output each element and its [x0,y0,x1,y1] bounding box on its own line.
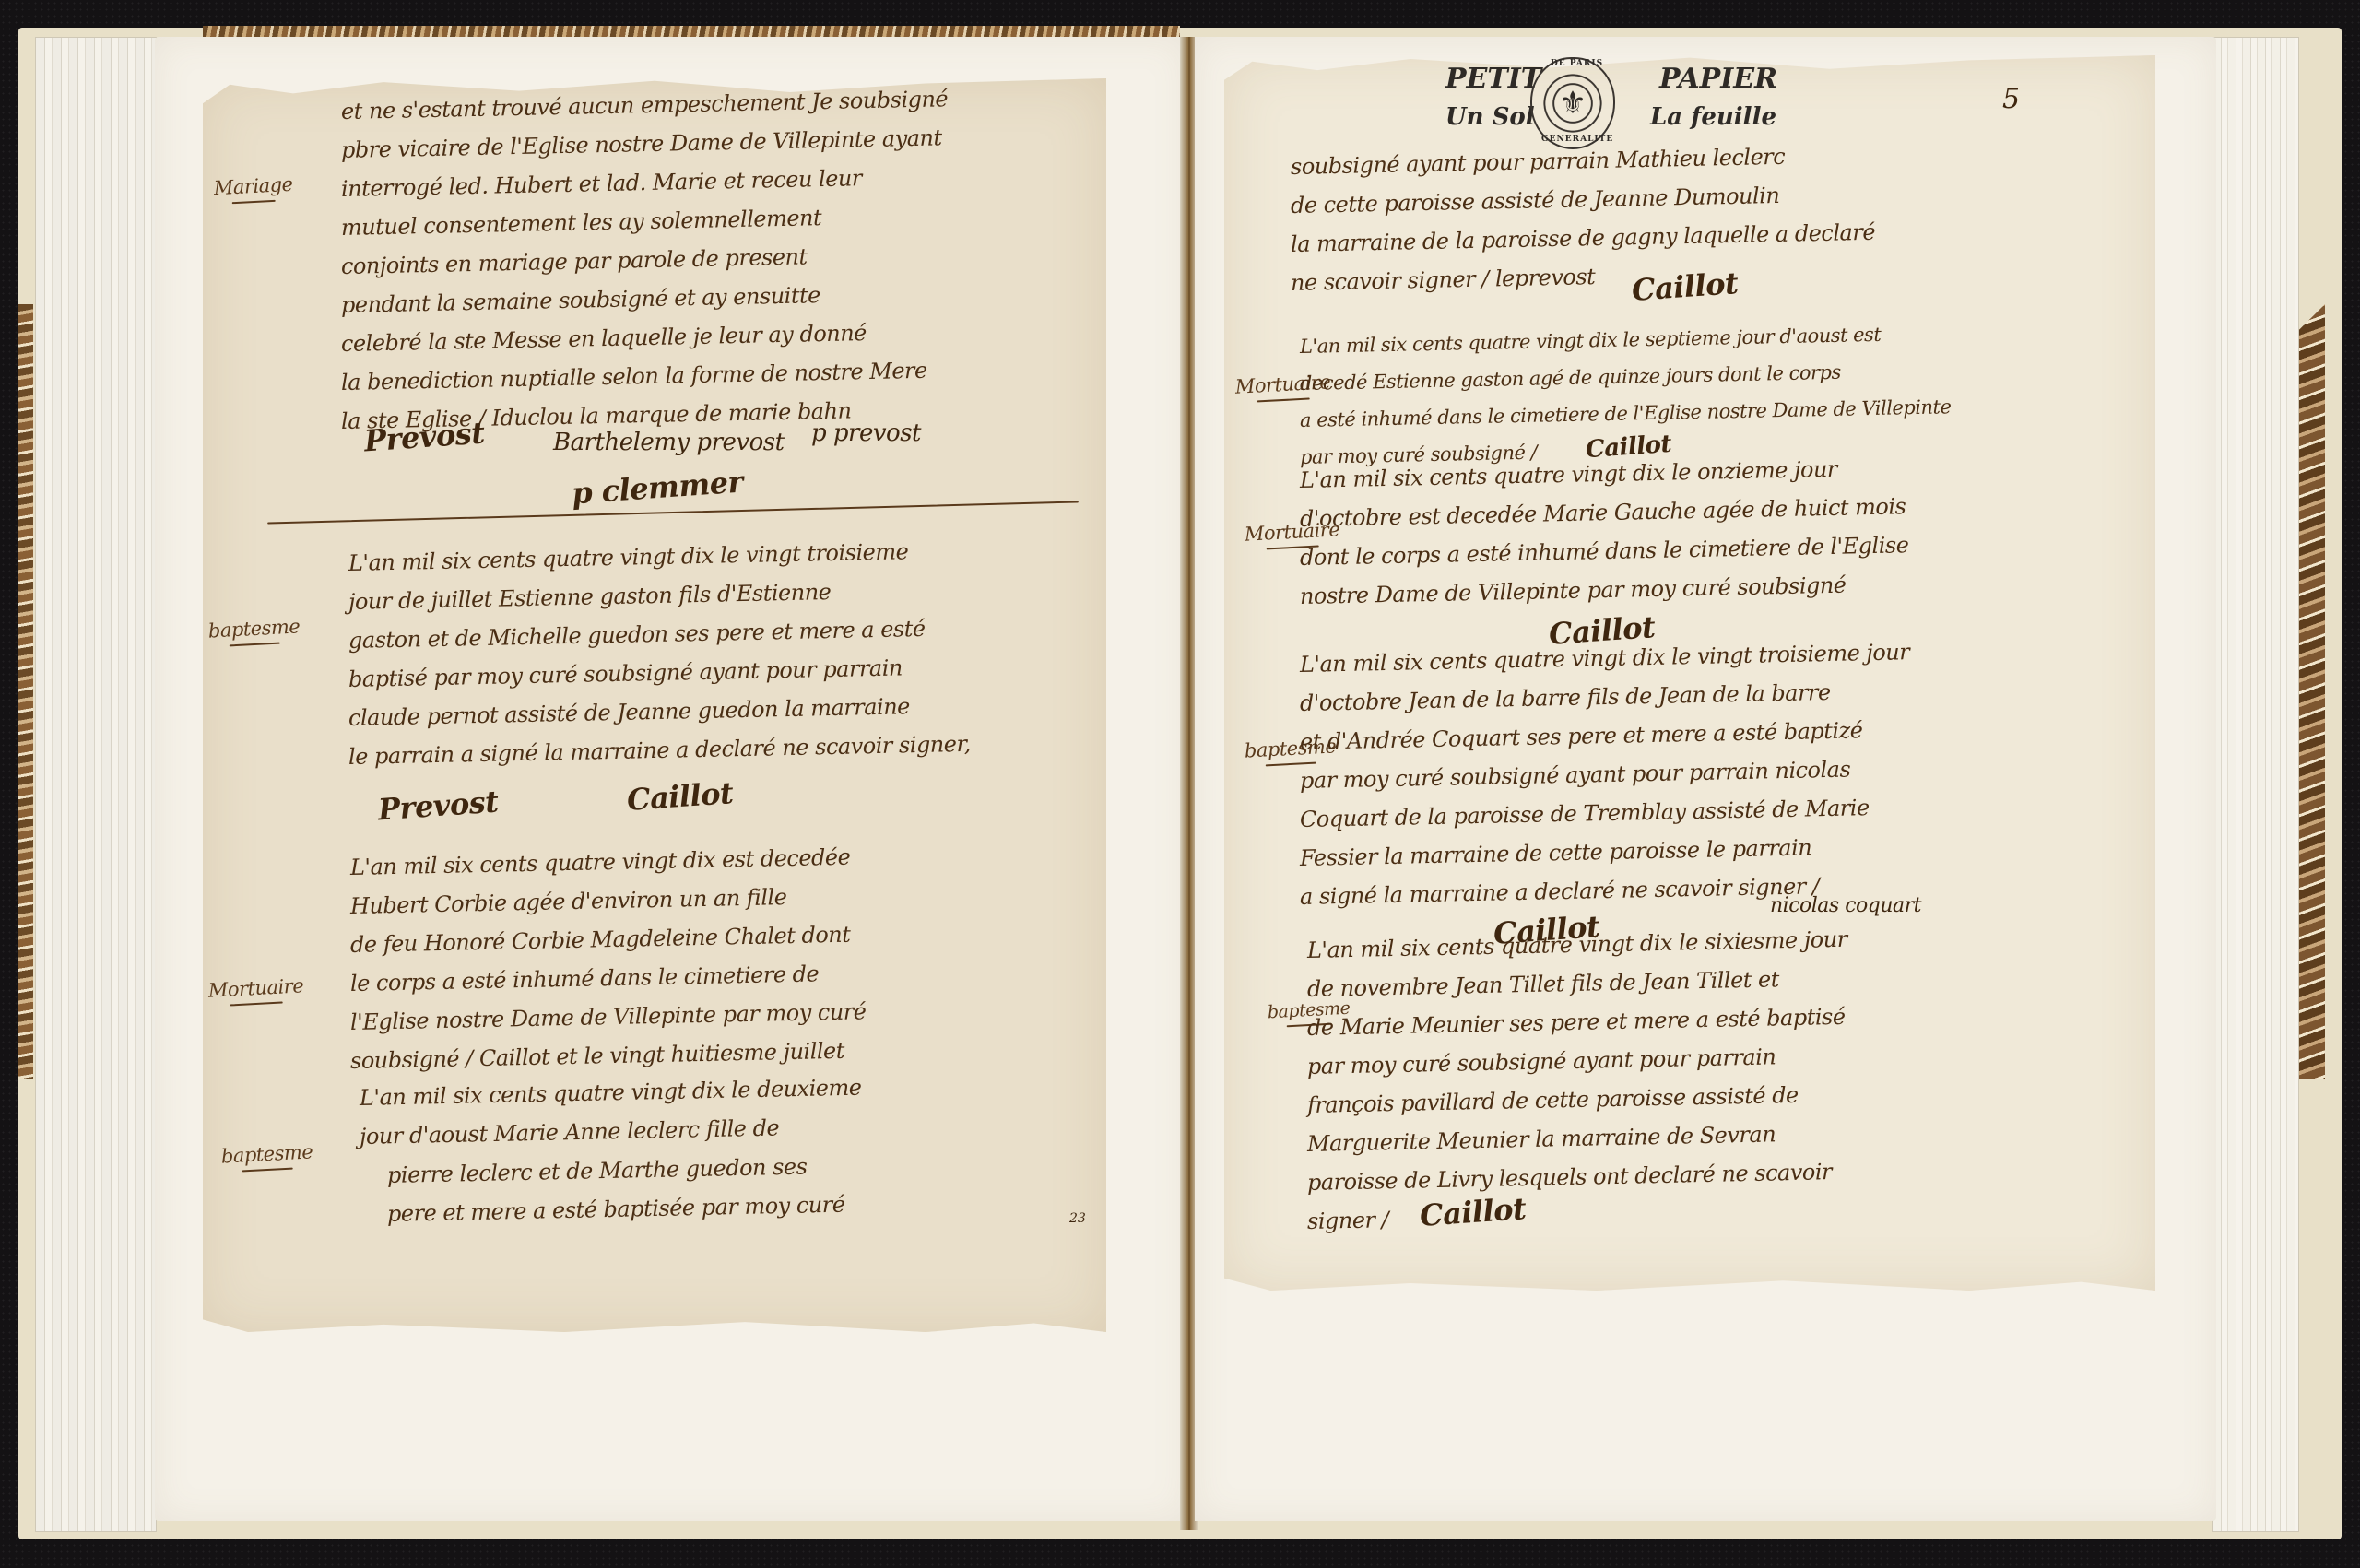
signature: Caillot [1631,265,1740,308]
signature: Caillot [626,775,735,818]
page-stack-right [2212,37,2299,1532]
stamp-la-feuille: La feuille [1650,103,1776,131]
stamp-un-sol: Un Sol [1445,103,1535,131]
signature: p prevost [811,419,921,447]
marbled-endpaper-left [18,304,33,1079]
signature: nicolas coquart [1770,894,1921,917]
book-photograph: Mariage et ne s'estant trouvé aucun empe… [0,0,2360,1568]
text-line: ne scavoir signer / leprevost [1291,257,1596,302]
signature: Barthelemy prevost [553,429,785,456]
stamp-petit: PETIT [1445,63,1541,95]
marbled-endpaper-top [203,26,1180,37]
margin-label: Mariage [213,173,293,205]
stamp-papier: PAPIER [1659,63,1777,95]
folio-number-right: 5 [2002,83,2020,115]
page-stack-left [35,37,157,1532]
stamp-ring-top: DE PARIS [1551,59,1603,68]
margin-label: baptesme [207,615,301,647]
signature: Caillot [1419,1191,1528,1233]
margin-label: baptesme [220,1140,313,1173]
margin-label: Mortuaire [207,974,304,1007]
folio-number-left: 23 [1069,1211,1086,1226]
text-line: signer / [1307,1200,1389,1241]
